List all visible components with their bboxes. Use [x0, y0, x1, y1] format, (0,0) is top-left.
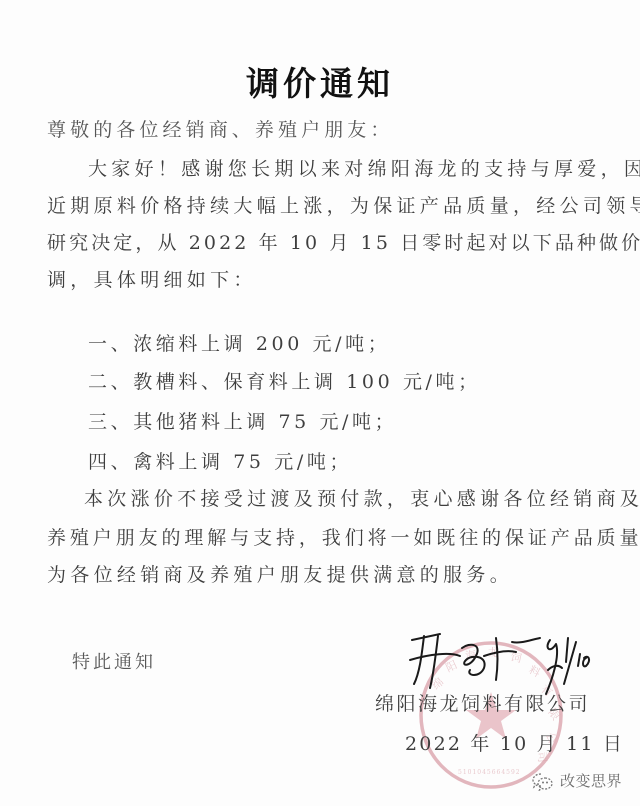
paragraph-2-line: 为各位经销商及养殖户朋友提供满意的服务。	[47, 563, 513, 587]
paragraph-2-line: 本次涨价不接受过渡及预付款，衷心感谢各位经销商及	[84, 487, 640, 511]
paragraph-1-line: 调，具体明细如下：	[47, 268, 257, 292]
paragraph-1-line: 近期原料价格持续大幅上涨，为保证产品质量，经公司领导	[47, 194, 640, 218]
watermark: 改变思界	[532, 770, 622, 791]
wechat-icon	[532, 771, 554, 791]
paragraph-1-line: 研究决定，从 2022 年 10 月 15 日零时起对以下品种做价格上	[47, 231, 640, 255]
salutation: 尊敬的各位经销商、养殖户朋友：	[47, 118, 394, 142]
closing-remark: 特此通知	[72, 651, 156, 675]
price-item: 三、其他猪料上调 75 元/吨；	[88, 410, 397, 434]
paragraph-1-line: 大家好！感谢您长期以来对绵阳海龙的支持与厚爱，因	[88, 157, 640, 181]
paragraph-2-line: 养殖户朋友的理解与支持，我们将一如既往的保证产品质量，	[47, 526, 640, 550]
notice-page: 调价通知 尊敬的各位经销商、养殖户朋友： 大家好！感谢您长期以来对绵阳海龙的支持…	[0, 0, 640, 806]
svg-text:5101045664592: 5101045664592	[458, 769, 521, 776]
page-title: 调价通知	[0, 58, 640, 105]
price-item: 一、浓缩料上调 200 元/吨；	[88, 332, 390, 356]
issue-date: 2022 年 10 月 11 日	[405, 732, 624, 756]
price-item: 二、教槽料、保育料上调 100 元/吨；	[88, 370, 481, 394]
signature-icon	[400, 622, 600, 702]
watermark-text: 改变思界	[560, 770, 622, 791]
price-item: 四、禽料上调 75 元/吨；	[88, 450, 352, 474]
